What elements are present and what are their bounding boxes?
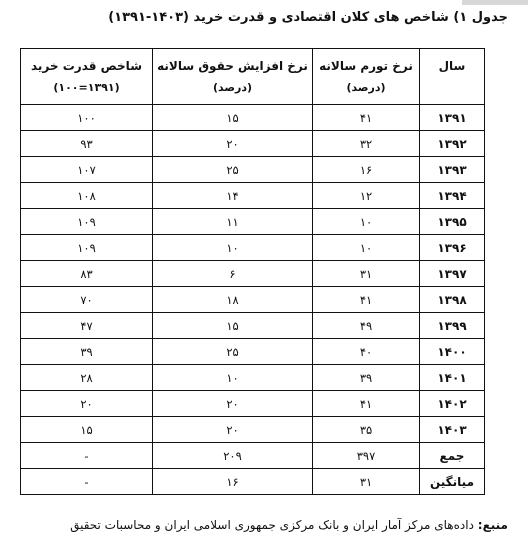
wage-increase-cell: ۲۰ (153, 131, 313, 157)
macro-indicators-table: سال نرخ تورم سالانه(درصد) نرخ افزایش حقو… (20, 48, 485, 495)
inflation-cell: ۳۲ (313, 131, 420, 157)
header-wage: نرخ افزایش حقوق سالانه(درصد) (153, 49, 313, 105)
year-cell: ۱۳۹۷ (420, 261, 485, 287)
table-row: ۱۳۹۳۱۶۲۵۱۰۷ (21, 157, 485, 183)
inflation-cell: ۱۰ (313, 209, 420, 235)
source-text: داده‌های مرکز آمار ایران و بانک مرکزی جم… (70, 518, 478, 532)
purchasing-power-cell: - (21, 443, 153, 469)
wage-increase-cell: ۶ (153, 261, 313, 287)
purchasing-power-cell: ۱۰۹ (21, 235, 153, 261)
table-row: ۱۴۰۱۳۹۱۰۲۸ (21, 365, 485, 391)
wage-increase-cell: ۱۱ (153, 209, 313, 235)
header-year: سال (420, 49, 485, 105)
purchasing-power-cell: ۱۰۷ (21, 157, 153, 183)
wage-increase-cell: ۱۴ (153, 183, 313, 209)
inflation-cell: ۴۱ (313, 105, 420, 131)
table-row: ۱۴۰۲۴۱۲۰۲۰ (21, 391, 485, 417)
inflation-cell: ۳۱ (313, 469, 420, 495)
header-row: سال نرخ تورم سالانه(درصد) نرخ افزایش حقو… (21, 49, 485, 105)
purchasing-power-cell: ۲۸ (21, 365, 153, 391)
inflation-cell: ۳۱ (313, 261, 420, 287)
table-row: ۱۳۹۹۴۹۱۵۴۷ (21, 313, 485, 339)
year-cell: ۱۳۹۸ (420, 287, 485, 313)
year-cell: میانگین (420, 469, 485, 495)
inflation-cell: ۴۹ (313, 313, 420, 339)
top-gray-bar (462, 0, 528, 5)
year-cell: ۱۴۰۳ (420, 417, 485, 443)
purchasing-power-cell: ۳۹ (21, 339, 153, 365)
wage-increase-cell: ۲۰ (153, 391, 313, 417)
inflation-cell: ۱۰ (313, 235, 420, 261)
table-row: ۱۳۹۸۴۱۱۸۷۰ (21, 287, 485, 313)
table-row: ۱۳۹۱۴۱۱۵۱۰۰ (21, 105, 485, 131)
table-row: ۱۴۰۳۳۵۲۰۱۵ (21, 417, 485, 443)
inflation-cell: ۳۹ (313, 365, 420, 391)
year-cell: ۱۳۹۹ (420, 313, 485, 339)
wage-increase-cell: ۲۰۹ (153, 443, 313, 469)
table-title: جدول ۱) شاخص های کلان اقتصادی و قدرت خری… (108, 10, 508, 25)
purchasing-power-cell: ۹۳ (21, 131, 153, 157)
wage-increase-cell: ۱۸ (153, 287, 313, 313)
table-row: ۱۳۹۷۳۱۶۸۳ (21, 261, 485, 287)
year-cell: ۱۳۹۶ (420, 235, 485, 261)
table-row: ۱۳۹۵۱۰۱۱۱۰۹ (21, 209, 485, 235)
inflation-cell: ۱۲ (313, 183, 420, 209)
source-note: منبع: داده‌های مرکز آمار ایران و بانک مر… (70, 518, 508, 532)
inflation-cell: ۱۶ (313, 157, 420, 183)
year-cell: ۱۳۹۳ (420, 157, 485, 183)
year-cell: ۱۳۹۱ (420, 105, 485, 131)
purchasing-power-cell: ۴۷ (21, 313, 153, 339)
wage-increase-cell: ۲۵ (153, 157, 313, 183)
table-row: میانگین۳۱۱۶- (21, 469, 485, 495)
header-inflation: نرخ تورم سالانه(درصد) (313, 49, 420, 105)
wage-increase-cell: ۱۰ (153, 235, 313, 261)
table-row: ۱۳۹۲۳۲۲۰۹۳ (21, 131, 485, 157)
header-purchasing-power: شاخص قدرت خرید(۱۳۹۱=۱۰۰) (21, 49, 153, 105)
wage-increase-cell: ۱۵ (153, 105, 313, 131)
wage-increase-cell: ۱۵ (153, 313, 313, 339)
inflation-cell: ۴۰ (313, 339, 420, 365)
year-cell: ۱۳۹۴ (420, 183, 485, 209)
wage-increase-cell: ۲۵ (153, 339, 313, 365)
inflation-cell: ۴۱ (313, 287, 420, 313)
year-cell: ۱۴۰۲ (420, 391, 485, 417)
table-row: ۱۳۹۴۱۲۱۴۱۰۸ (21, 183, 485, 209)
table-row: ۱۳۹۶۱۰۱۰۱۰۹ (21, 235, 485, 261)
purchasing-power-cell: ۱۰۰ (21, 105, 153, 131)
purchasing-power-cell: ۱۵ (21, 417, 153, 443)
inflation-cell: ۳۹۷ (313, 443, 420, 469)
table-row: ۱۴۰۰۴۰۲۵۳۹ (21, 339, 485, 365)
wage-increase-cell: ۲۰ (153, 417, 313, 443)
year-cell: ۱۴۰۰ (420, 339, 485, 365)
year-cell: ۱۳۹۲ (420, 131, 485, 157)
inflation-cell: ۴۱ (313, 391, 420, 417)
purchasing-power-cell: ۷۰ (21, 287, 153, 313)
table-row: جمع۳۹۷۲۰۹- (21, 443, 485, 469)
purchasing-power-cell: - (21, 469, 153, 495)
purchasing-power-cell: ۱۰۹ (21, 209, 153, 235)
year-cell: ۱۴۰۱ (420, 365, 485, 391)
purchasing-power-cell: ۲۰ (21, 391, 153, 417)
purchasing-power-cell: ۸۳ (21, 261, 153, 287)
wage-increase-cell: ۱۶ (153, 469, 313, 495)
purchasing-power-cell: ۱۰۸ (21, 183, 153, 209)
year-cell: جمع (420, 443, 485, 469)
wage-increase-cell: ۱۰ (153, 365, 313, 391)
source-label: منبع: (478, 518, 508, 532)
year-cell: ۱۳۹۵ (420, 209, 485, 235)
inflation-cell: ۳۵ (313, 417, 420, 443)
